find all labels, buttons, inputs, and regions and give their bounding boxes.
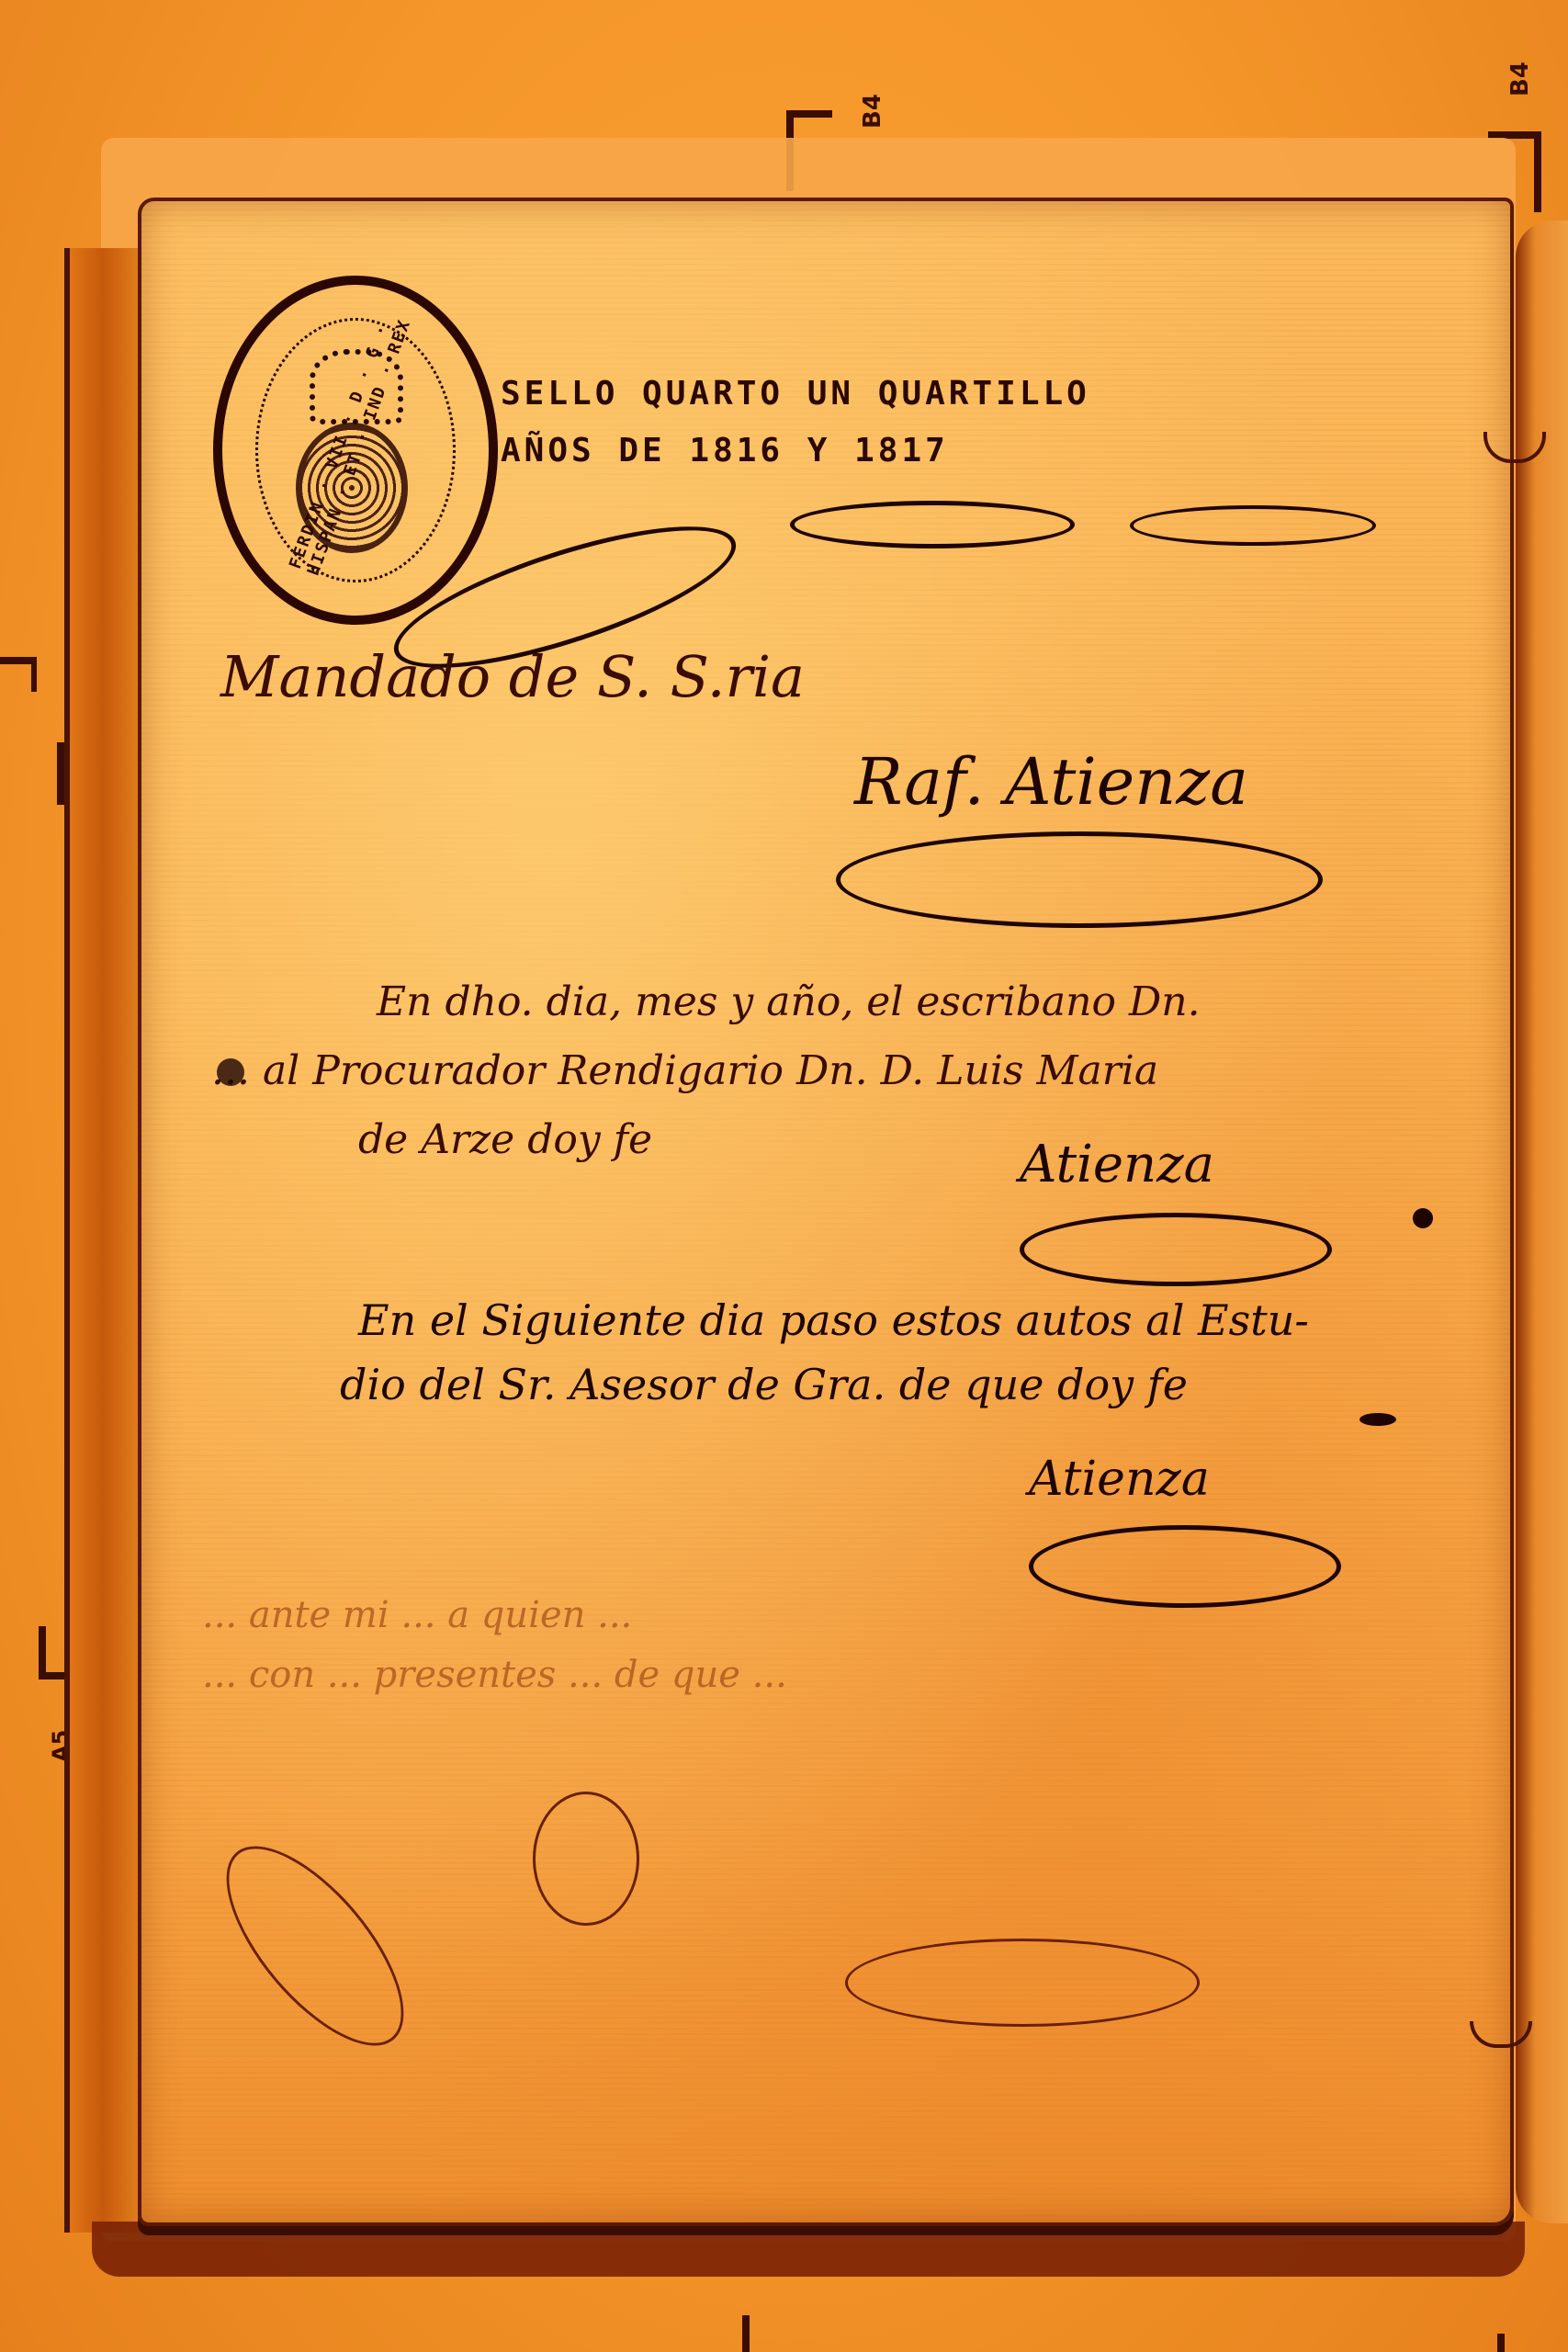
signature-atienza-3: Atienza xyxy=(1029,1452,1210,1507)
rubric-flourish xyxy=(790,501,1075,548)
crop-mark-bottom-right xyxy=(1446,2334,1505,2352)
crop-mark-left-upper xyxy=(0,657,37,692)
signature-atienza-2: Atienza xyxy=(1020,1135,1214,1194)
royal-seal-icon: FERDIN · VII · D · G · HISPAN · ET · IND… xyxy=(213,276,498,625)
paragraph2-line2: dio del Sr. Asesor de Gra. de que doy fe xyxy=(340,1360,1188,1409)
faded-line-1: ... ante mi ... a quien ... xyxy=(202,1594,632,1636)
crop-label-top-left: B4 xyxy=(859,94,886,129)
stamp-header-line2: AÑOS DE 1816 Y 1817 xyxy=(501,432,949,469)
ink-blot xyxy=(217,1058,244,1086)
paragraph2-line1: En el Siguiente dia paso estos autos al … xyxy=(358,1295,1309,1345)
paragraph1-line2: ... al Procurador Rendigario Dn. D. Luis… xyxy=(211,1047,1158,1094)
faded-line-2: ... con ... presentes ... de que ... xyxy=(202,1654,787,1696)
lower-rubric-right xyxy=(845,1939,1200,2027)
rubric-flourish xyxy=(1130,505,1376,546)
paragraph1-line3: de Arze doy fe xyxy=(358,1116,652,1163)
ink-blot xyxy=(1359,1413,1396,1426)
ink-blot xyxy=(1413,1208,1433,1228)
stamp-header-line1: SELLO QUARTO UN QUARTILLO xyxy=(501,375,1090,413)
signature-rubric-1 xyxy=(836,831,1323,928)
signature-rubric-2 xyxy=(1020,1213,1332,1286)
paragraph1-line1: En dho. dia, mes y año, el escribano Dn. xyxy=(377,978,1201,1025)
signature-rubric-3 xyxy=(1029,1525,1341,1608)
adjacent-page-edge xyxy=(1516,220,1568,2223)
signature-atienza-1: Raf. Atienza xyxy=(854,744,1248,820)
crop-label-top-right: B4 xyxy=(1506,62,1534,96)
crop-mark-bottom-left xyxy=(742,2315,807,2352)
lower-rubric-center xyxy=(533,1792,639,1926)
bottom-shadow-band xyxy=(92,2222,1525,2277)
manuscript-line-mandado: Mandado de S. S.ria xyxy=(220,643,805,710)
